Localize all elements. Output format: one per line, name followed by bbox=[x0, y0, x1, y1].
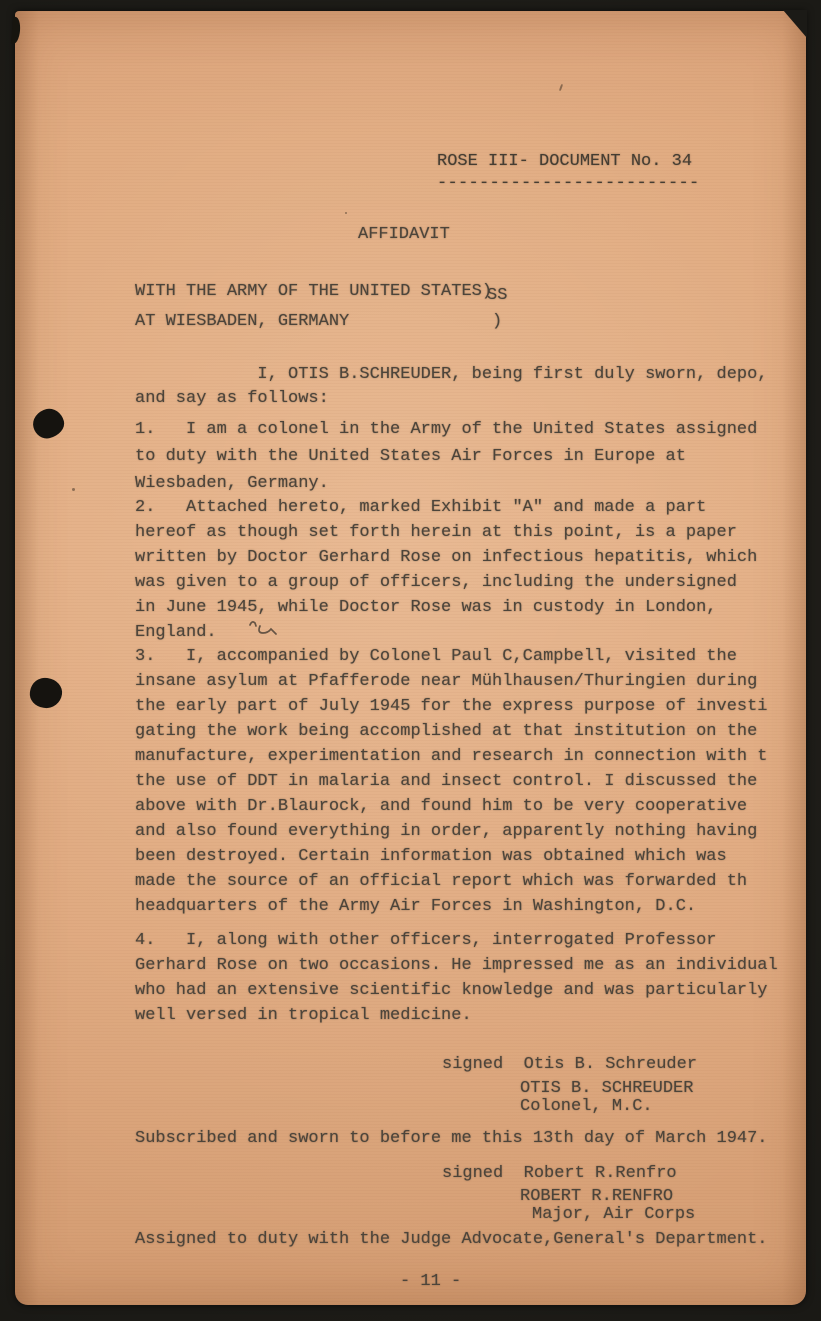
attestation-line: Subscribed and sworn to before me this 1… bbox=[135, 1129, 768, 1149]
venue-caption: WITH THE ARMY OF THE UNITED STATES) AT W… bbox=[135, 277, 502, 337]
document-header: ROSE III- DOCUMENT No. 34 bbox=[437, 152, 692, 172]
page-number: - 11 - bbox=[400, 1272, 461, 1292]
header-underline: ------------------------- bbox=[437, 174, 700, 194]
handwritten-mark bbox=[247, 618, 279, 638]
signature-1-rank: Colonel, M.C. bbox=[520, 1097, 653, 1117]
affidavit-title: AFFIDAVIT bbox=[358, 225, 450, 245]
signature-2-signed-line: signed Robert R.Renfro bbox=[442, 1164, 677, 1184]
assignment-line: Assigned to duty with the Judge Advocate… bbox=[135, 1230, 768, 1250]
signature-1-signed-line: signed Otis B. Schreuder bbox=[442, 1055, 697, 1075]
signature-1-typed-name: OTIS B. SCHREUDER bbox=[520, 1079, 693, 1099]
signature-2-rank: Major, Air Corps bbox=[532, 1205, 695, 1225]
paragraph-1: 1. I am a colonel in the Army of the Uni… bbox=[135, 416, 757, 497]
venue-ss-label: SS bbox=[487, 286, 507, 306]
paper-speck bbox=[345, 212, 347, 214]
paragraph-3: 3. I, accompanied by Colonel Paul C,Camp… bbox=[135, 644, 768, 919]
venue-line-2: AT WIESBADEN, GERMANY ) bbox=[135, 312, 502, 331]
venue-line-1: WITH THE ARMY OF THE UNITED STATES) bbox=[135, 282, 492, 301]
signature-2-typed-name: ROBERT R.RENFRO bbox=[520, 1187, 673, 1207]
paper-speck bbox=[72, 488, 75, 491]
paragraph-4: 4. I, along with other officers, interro… bbox=[135, 928, 778, 1028]
paragraph-2: 2. Attached hereto, marked Exhibit "A" a… bbox=[135, 495, 757, 645]
intro-paragraph: I, OTIS B.SCHREUDER, being first duly sw… bbox=[135, 363, 768, 411]
scanned-document-photo: ROSE III- DOCUMENT No. 34 --------------… bbox=[0, 0, 821, 1321]
